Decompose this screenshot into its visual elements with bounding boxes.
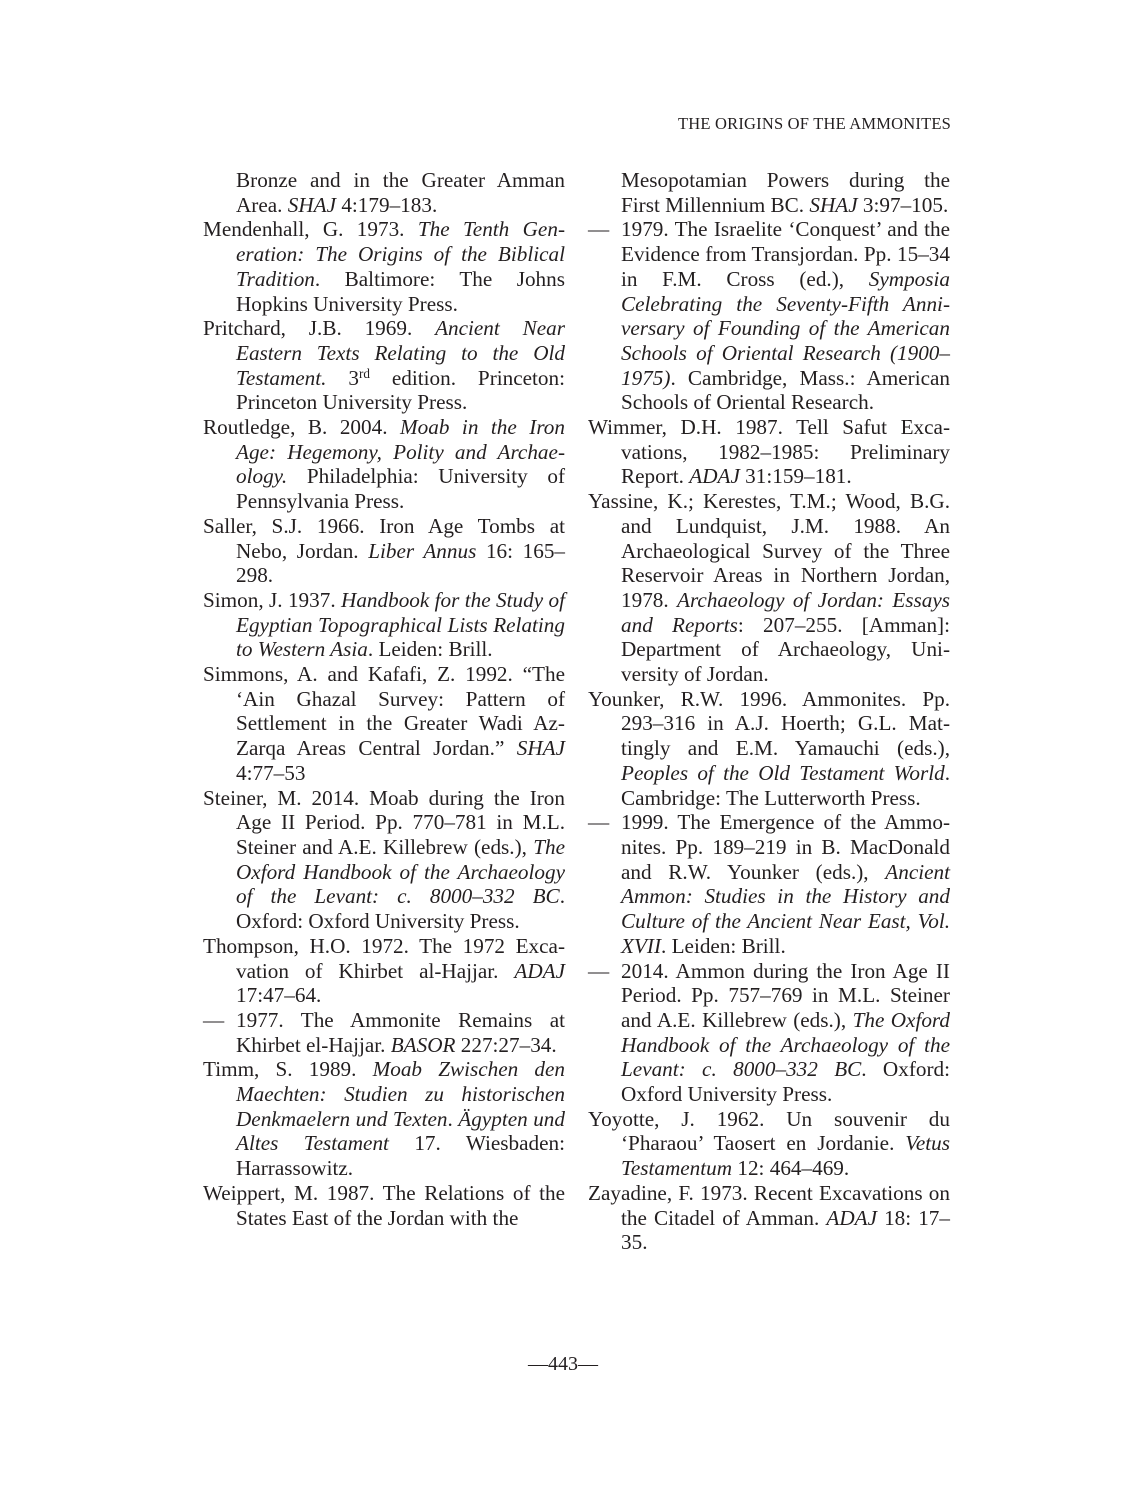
reference-text: Routledge, B. 2004.: [203, 415, 400, 439]
reference-entry: Yassine, K.; Kerestes, T.M.; Wood, B.G. …: [588, 489, 950, 687]
reference-entry: Simmons, A. and Kafafi, Z. 1992. “The ‘A…: [203, 662, 565, 786]
reference-entry: Weippert, M. 1987. The Relations of the …: [203, 1181, 565, 1230]
reference-text: Timm, S. 1989.: [203, 1057, 373, 1081]
reference-text: Simmons, A. and Kafafi, Z. 1992. “The ‘A…: [203, 662, 565, 760]
reference-entry: Steiner, M. 2014. Moab during the Iron A…: [203, 786, 565, 934]
reference-text: .: [447, 1107, 458, 1131]
reference-entry: —1999. The Emergence of the Ammo­nites. …: [588, 810, 950, 958]
reference-text: . Cambridge, Mass.: American Schools of …: [621, 366, 950, 415]
reference-entry: Wimmer, D.H. 1987. Tell Safut Exca­vatio…: [588, 415, 950, 489]
reference-entry: Zayadine, F. 1973. Recent Excavations on…: [588, 1181, 950, 1255]
bibliography-column-left: Bronze and in the Greater Amman Area. SH…: [203, 168, 565, 1230]
italic-title: Liber Annus: [368, 539, 476, 563]
italic-title: ADAJ: [689, 464, 740, 488]
reference-text: 3:97–105.: [858, 193, 949, 217]
reference-entry: Timm, S. 1989. Moab Zwischen den Maechte…: [203, 1057, 565, 1181]
reference-text: 31:159–181.: [740, 464, 852, 488]
reference-text: Younker, R.W. 1996. Ammonites. Pp. 293–3…: [588, 687, 950, 760]
reference-text: . Leiden: Brill.: [368, 637, 493, 661]
reference-entry: —1979. The Israelite ‘Conquest’ and the …: [588, 217, 950, 415]
ditto-dash: —: [588, 217, 621, 242]
reference-entry-continued: Mesopotamian Powers during the First Mil…: [588, 168, 950, 217]
reference-text: 17:47–64.: [236, 983, 321, 1007]
reference-entry: —2014. Ammon during the Iron Age II Peri…: [588, 959, 950, 1107]
reference-entry: Saller, S.J. 1966. Iron Age Tombs at Neb…: [203, 514, 565, 588]
italic-title: SHAJ: [517, 736, 565, 760]
italic-title: SHAJ: [809, 193, 857, 217]
reference-entry: Pritchard, J.B. 1969. Ancient Near Easte…: [203, 316, 565, 415]
reference-text: 12: 464–469.: [732, 1156, 849, 1180]
reference-entry: Routledge, B. 2004. Moab in the Iron Age…: [203, 415, 565, 514]
italic-title: Peoples of the Old Testament World: [621, 761, 945, 785]
reference-entry: —1977. The Ammonite Remains at Khirbet e…: [203, 1008, 565, 1057]
reference-text: Pritchard, J.B. 1969.: [203, 316, 435, 340]
reference-text: Simon, J. 1937.: [203, 588, 341, 612]
superscript: rd: [359, 365, 370, 380]
ditto-dash: —: [588, 810, 621, 835]
reference-text: 227:27–34.: [455, 1033, 556, 1057]
reference-entry: Simon, J. 1937. Handbook for the Study o…: [203, 588, 565, 662]
reference-entry: Mendenhall, G. 1973. The Tenth Gen­erati…: [203, 217, 565, 316]
reference-text: 4:77–53: [236, 761, 305, 785]
page-number: —443—: [0, 1353, 1126, 1376]
italic-title: ADAJ: [826, 1206, 877, 1230]
reference-text: Weippert, M. 1987. The Relations of the …: [203, 1181, 565, 1230]
reference-text: Yoyotte, J. 1962. Un souvenir du ‘Pharao…: [588, 1107, 950, 1156]
ditto-dash: —: [588, 959, 621, 984]
reference-text: . Leiden: Brill.: [661, 934, 786, 958]
reference-text: 4:179–183.: [336, 193, 437, 217]
italic-title: BASOR: [391, 1033, 456, 1057]
italic-title: SHAJ: [288, 193, 336, 217]
reference-text: Steiner, M. 2014. Moab during the Iron A…: [203, 786, 565, 859]
ditto-dash: —: [203, 1008, 236, 1033]
reference-text: 3: [326, 366, 359, 390]
bibliography-column-right: Mesopotamian Powers during the First Mil…: [588, 168, 950, 1255]
reference-entry-continued: Bronze and in the Greater Amman Area. SH…: [203, 168, 565, 217]
reference-entry: Thompson, H.O. 1972. The 1972 Exca­vatio…: [203, 934, 565, 1008]
reference-entry: Yoyotte, J. 1962. Un souvenir du ‘Pharao…: [588, 1107, 950, 1181]
reference-text: Mendenhall, G. 1973.: [203, 217, 418, 241]
italic-title: ADAJ: [514, 959, 565, 983]
reference-text: Thompson, H.O. 1972. The 1972 Exca­vatio…: [203, 934, 565, 983]
reference-entry: Younker, R.W. 1996. Ammonites. Pp. 293–3…: [588, 687, 950, 811]
running-head: THE ORIGINS OF THE AMMONITES: [678, 114, 951, 134]
